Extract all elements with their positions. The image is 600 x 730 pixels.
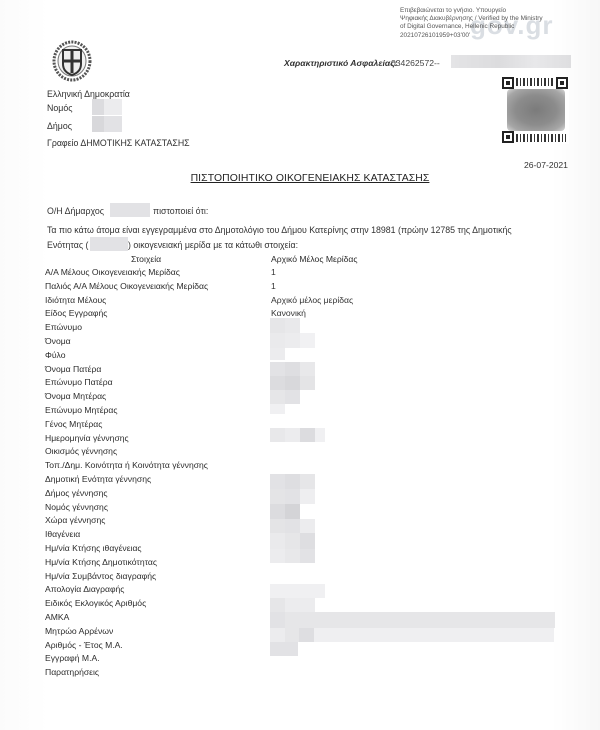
- redaction-block: [270, 318, 285, 333]
- redaction-block: [285, 504, 300, 519]
- field-label: Απολογία Διαγραφής: [45, 584, 124, 594]
- intro-line-1: Τα πιο κάτω άτομα είναι εγγεγραμμένα στο…: [47, 225, 512, 235]
- qr-finder-icon: [556, 77, 568, 89]
- field-label: Φύλο: [45, 350, 66, 360]
- field-label: ΑΜΚΑ: [45, 612, 69, 622]
- field-label: Ιθαγένεια: [45, 529, 80, 539]
- field-label: Εγγραφή Μ.Α.: [45, 653, 100, 663]
- qr-modules: [516, 78, 554, 86]
- field-label: Επώνυμο Πατέρα: [45, 377, 113, 387]
- redaction-block: [270, 628, 285, 642]
- field-label: Ημερομηνία γέννησης: [45, 433, 129, 443]
- redacted-prefecture: [92, 99, 122, 115]
- redacted-security-code: [451, 55, 571, 68]
- redaction-block: [285, 390, 300, 404]
- redaction-block: [270, 390, 285, 404]
- redaction-block: [300, 333, 315, 348]
- verification-line: of Digital Governance, Hellenic Republic: [400, 23, 543, 31]
- field-value: Αρχικό μέλος μερίδας: [271, 295, 353, 305]
- issuer-municipality-label: Δήμος: [47, 121, 72, 131]
- redaction-block: [300, 376, 315, 390]
- field-label: Τοπ./Δημ. Κοινότητα ή Κοινότητα γέννησης: [45, 460, 208, 470]
- redaction-block: [285, 474, 300, 489]
- qr-code: [501, 76, 569, 144]
- intro-line-2-suffix: ) οικογενειακή μερίδα με τα κάτωθι στοιχ…: [128, 240, 298, 250]
- field-value: 1: [271, 281, 276, 291]
- redaction-block: [270, 612, 285, 628]
- issuer-office: Γραφείο ΔΗΜΟΤΙΚΗΣ ΚΑΤΑΣΤΑΣΗΣ: [47, 138, 190, 148]
- field-label: Νομός γέννησης: [45, 502, 108, 512]
- field-label: Ιδιότητα Μέλους: [45, 295, 106, 305]
- redaction-block: [300, 489, 315, 504]
- redaction-block: [270, 642, 298, 656]
- field-label: Α/Α Μέλους Οικογενειακής Μερίδας: [45, 267, 180, 277]
- redaction-block: [270, 404, 285, 414]
- mayor-prefix: Ο/Η Δήμαρχος: [47, 206, 104, 216]
- field-label: Επώνυμο: [45, 322, 82, 332]
- document-title: ΠΙΣΤΟΠΟΙΗΤΙΚΟ ΟΙΚΟΓΕΝΕΙΑΚΗΣ ΚΑΤΑΣΤΑΣΗΣ: [0, 173, 600, 184]
- redaction-block: [270, 549, 285, 563]
- redaction-block: [270, 428, 285, 442]
- redacted-unit-name: [90, 237, 128, 251]
- redaction-block: [285, 549, 300, 563]
- redaction-block: [285, 628, 299, 642]
- redaction-block: [300, 362, 315, 376]
- field-label: Ημ/νία Κτήσης Δημοτικότητας: [45, 557, 157, 567]
- redaction-block: [300, 533, 315, 549]
- redaction-block: [285, 362, 300, 376]
- redacted-qr-center: [507, 89, 565, 131]
- field-label: Ημ/νία Κτήσης ιθαγένειας: [45, 543, 142, 553]
- intro-line-2-prefix: Ενότητας (: [47, 240, 88, 250]
- redaction-block: [285, 376, 300, 390]
- field-label: Όνομα: [45, 336, 71, 346]
- redaction-block: [270, 598, 285, 612]
- redaction-block: [270, 519, 285, 533]
- redaction-block: [270, 376, 285, 390]
- redaction-block: [270, 504, 285, 519]
- redaction-block: [285, 612, 555, 628]
- verification-line: Επιβεβαιώνεται το γνήσιο. Υπουργείο: [400, 7, 543, 15]
- field-label: Ειδικός Εκλογικός Αριθμός: [45, 598, 146, 608]
- redacted-mayor-name: [110, 203, 150, 217]
- security-code-label: Χαρακτηριστικό Ασφαλείας:: [284, 58, 398, 68]
- column-header-initial-member: Αρχικό Μέλος Μερίδας: [271, 254, 358, 264]
- mayor-suffix: πιστοποιεί ότι:: [153, 206, 208, 216]
- field-label: Όνομα Πατέρα: [45, 364, 101, 374]
- redaction-block: [300, 474, 315, 489]
- field-label: Είδος Εγγραφής: [45, 308, 107, 318]
- field-label: Χώρα γέννησης: [45, 515, 105, 525]
- qr-finder-icon: [502, 131, 514, 143]
- issuer-country: Ελληνική Δημοκρατία: [47, 89, 130, 99]
- redaction-block: [270, 474, 285, 489]
- issuer-prefecture-label: Νομός: [47, 103, 72, 113]
- redaction-block: [285, 428, 300, 442]
- field-label: Επώνυμο Μητέρας: [45, 405, 118, 415]
- field-label: Παρατηρήσεις: [45, 667, 99, 677]
- verification-timestamp: 20210726101959+03'00': [400, 32, 543, 40]
- redaction-block: [315, 428, 325, 442]
- hellenic-coat-of-arms-icon: [52, 40, 92, 84]
- field-label: Γένος Μητέρας: [45, 419, 102, 429]
- redaction-block: [285, 318, 300, 333]
- issue-date: 26-07-2021: [524, 160, 568, 170]
- redaction-block: [270, 362, 285, 376]
- field-label: Ημ/νία Συμβάντος διαγραφής: [45, 571, 156, 581]
- qr-modules: [516, 134, 566, 142]
- redaction-block: [285, 519, 300, 533]
- field-label: Παλιός Α/Α Μέλους Οικογενειακής Μερίδας: [45, 281, 208, 291]
- security-code-value: 034262572--: [391, 58, 440, 68]
- redaction-block: [285, 533, 300, 549]
- redaction-block: [314, 628, 554, 642]
- field-label: Μητρώο Αρρένων: [45, 626, 113, 636]
- verification-line: Ψηφιακής Διακυβέρνησης / Verified by the…: [400, 15, 543, 23]
- field-label: Δημοτική Ενότητα γέννησης: [45, 474, 151, 484]
- redaction-block: [300, 428, 315, 442]
- redaction-block: [270, 333, 285, 348]
- redaction-block: [300, 519, 315, 533]
- field-label: Αριθμός - Έτος Μ.Α.: [45, 640, 123, 650]
- qr-finder-icon: [502, 77, 514, 89]
- redaction-block: [270, 348, 285, 360]
- redaction-block: [270, 533, 285, 549]
- redaction-block: [300, 549, 315, 563]
- redacted-municipality: [92, 116, 122, 132]
- redaction-block: [285, 333, 300, 348]
- column-header-fields: Στοιχεία: [131, 254, 161, 264]
- field-label: Οικισμός γέννησης: [45, 446, 117, 456]
- redaction-block: [270, 489, 285, 504]
- redaction-block: [270, 584, 325, 598]
- redaction-block: [299, 628, 314, 642]
- redaction-block: [285, 598, 315, 612]
- field-label: Δήμος γέννησης: [45, 488, 108, 498]
- field-value: 1: [271, 267, 276, 277]
- document-page: gov.gr Επιβεβαιώνεται το γνήσιο. Υπουργε…: [0, 0, 600, 730]
- verification-stamp: Επιβεβαιώνεται το γνήσιο. Υπουργείο Ψηφι…: [400, 7, 543, 40]
- field-label: Όνομα Μητέρας: [45, 391, 106, 401]
- redaction-block: [285, 489, 300, 504]
- field-value: Κανονική: [271, 308, 306, 318]
